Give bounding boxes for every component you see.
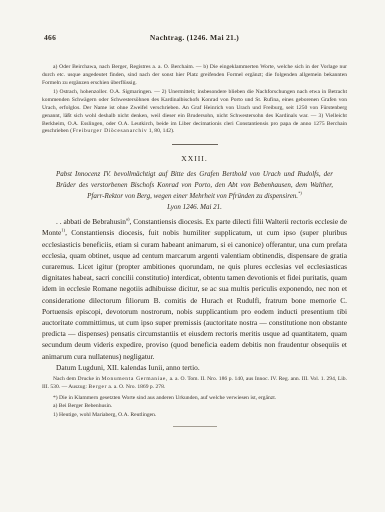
footnote-top-123-tail: 1, 80, 142). [147,128,174,134]
source-note: Nach dem Drucke in Monumenta Germaniae, … [42,376,347,392]
footnote-bottom-star: *) Die in Klammern gesetzten Worte sind … [42,395,347,403]
charter-body-opening: . . abbati de Bebrahusin [56,217,126,226]
source-note-author: Berger [88,384,107,390]
page-header: 466 Nachtrag. (1246. Mai 21.) [42,33,347,43]
footnote-top-ab-text: a) Oder Beirchawa, nach Berger, Registre… [42,64,347,86]
separator-rule-top [172,144,218,145]
regest-footnote-mark: *) [298,191,302,196]
book-page: 466 Nachtrag. (1246. Mai 21.) a) Oder Be… [0,0,385,512]
source-note-tail: a. a. O. Nro. 1869 p. 278. [107,384,165,390]
footnote-archive-reference: (Freiburger Diöcesanarchiv [70,128,147,134]
charter-body: . . abbati de Bebrahusina), Constantiens… [42,216,347,362]
footnote-top-123: 1) Ostrach, hohenzoller. O.A. Sigmaringe… [42,89,347,136]
source-note-lead: Nach dem Drucke in [53,376,101,382]
footnote-top-ab: a) Oder Beirchawa, nach Berger, Registre… [42,64,347,87]
footnote-bottom-1: 1) Heutige, wohl Mariaberg, O.A. Reutlin… [42,412,347,420]
charter-dateline: Lyon 1246. Mai 21. [42,203,347,211]
charter-regest: Pabst Innocenz IV. bevollmächtigt auf Bi… [56,169,333,202]
charter-number-heading: XXIII. [42,154,347,163]
datum-line: Datum Lugduni, XII. kalendas Iunii, anno… [42,362,347,373]
footnote-bottom-a: a) Bei Berger Bebenhusin. [42,403,347,411]
charter-regest-text: Pabst Innocenz IV. bevollmächtigt auf Bi… [56,170,333,200]
charter-body-rest: , Constantiensis diocesis, fuit nobis hu… [42,228,347,360]
source-note-work: Monumenta Germaniae, [101,376,168,382]
running-title: Nachtrag. (1246. Mai 21.) [42,33,347,42]
separator-rule-bottom [173,426,217,427]
